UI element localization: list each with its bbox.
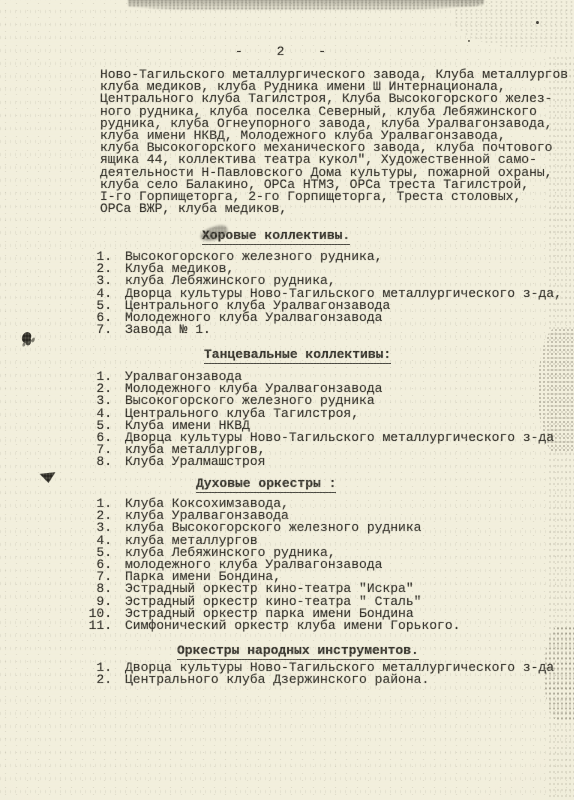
section-list-dance: 1.Уралвагонзавода2.Молодежного клуба Ура… — [88, 371, 574, 469]
section-list-choral: 1.Высокогорского железного рудника,2.Клу… — [88, 251, 574, 336]
list-item: 2.Центрального клуба Дзержинского района… — [88, 674, 574, 686]
list-item-number: 7. — [88, 324, 112, 336]
section-heading-dance: Танцевальные коллективы: — [204, 347, 391, 364]
ink-blot-left-margin — [21, 331, 32, 344]
section-heading-brass-orchestras: Духовые оркестры : — [196, 476, 336, 493]
list-item-number: 8. — [88, 456, 112, 468]
list-item: 8.Клуба Уралмашстроя — [88, 456, 574, 468]
section-list-brass-orchestras: 1.Клуба Коксохимзавода,2.клуба Уралвагон… — [88, 498, 574, 632]
list-item-number: 2. — [88, 674, 112, 686]
intro-paragraph: Ново-Тагильского металлургического завод… — [100, 69, 574, 215]
list-item: 7.Завода № 1. — [88, 324, 574, 336]
list-item-text: Клуба Уралмашстроя — [125, 456, 265, 468]
scan-smudge-top — [128, 0, 484, 10]
section-list-folk-orchestras: 1.Дворца культуры Ново-Тагильского метал… — [88, 662, 574, 686]
page-number: - 2 - — [235, 44, 339, 59]
section-heading-folk-orchestras: Оркестры народных инструментов. — [177, 643, 419, 660]
document-page: - 2 - Ново-Тагильского металлургического… — [0, 0, 574, 800]
ink-mark-triangle — [40, 472, 57, 484]
list-item-text: Симфонический оркестр клуба имени Горько… — [125, 620, 460, 632]
ink-speck — [536, 21, 539, 24]
scan-speckle-top-right — [454, 0, 574, 48]
list-item-number: 11. — [88, 620, 112, 632]
list-item-text: Завода № 1. — [125, 324, 211, 336]
ink-speck — [468, 40, 470, 42]
list-item: 11.Симфонический оркестр клуба имени Гор… — [88, 620, 574, 632]
list-item-text: Центрального клуба Дзержинского района. — [125, 674, 429, 686]
